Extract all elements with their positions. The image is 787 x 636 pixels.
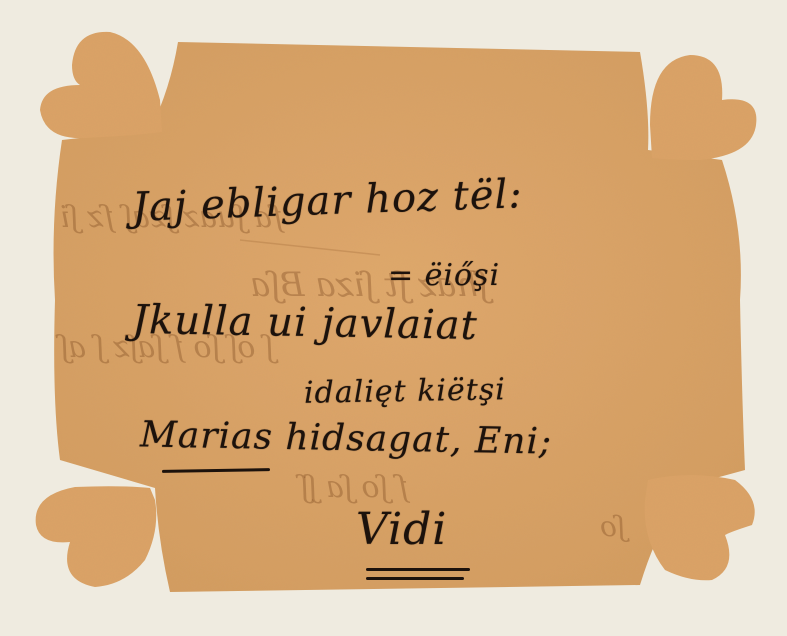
heart-corner-bottom-left <box>36 486 157 587</box>
heart-corner-top-left <box>40 32 162 138</box>
signature-underline-2 <box>366 577 464 580</box>
signature: Vidi <box>356 504 447 555</box>
note-line-4: idalięt kiëtşi <box>304 372 506 411</box>
heart-corner-top-right <box>650 55 756 160</box>
note-line-5: Marias hidsagat, Eni; <box>140 414 553 462</box>
bleedthrough-text: ſ ʃo ʃa ʃʃ <box>300 470 408 505</box>
note-line-2: = ëiőşi <box>388 258 500 293</box>
photo-scene: ſa ʃuaz ʃzaʃ ſz ʃi ʃhaz ʃt ʃiza Bʃa ʃ oʃ… <box>0 0 787 636</box>
bleedthrough-text: ʃo <box>600 510 624 543</box>
heart-corner-bottom-right <box>645 475 755 580</box>
signature-underline-1 <box>366 568 470 571</box>
note-line-3: Jkulla ui javlaiat <box>132 297 478 349</box>
